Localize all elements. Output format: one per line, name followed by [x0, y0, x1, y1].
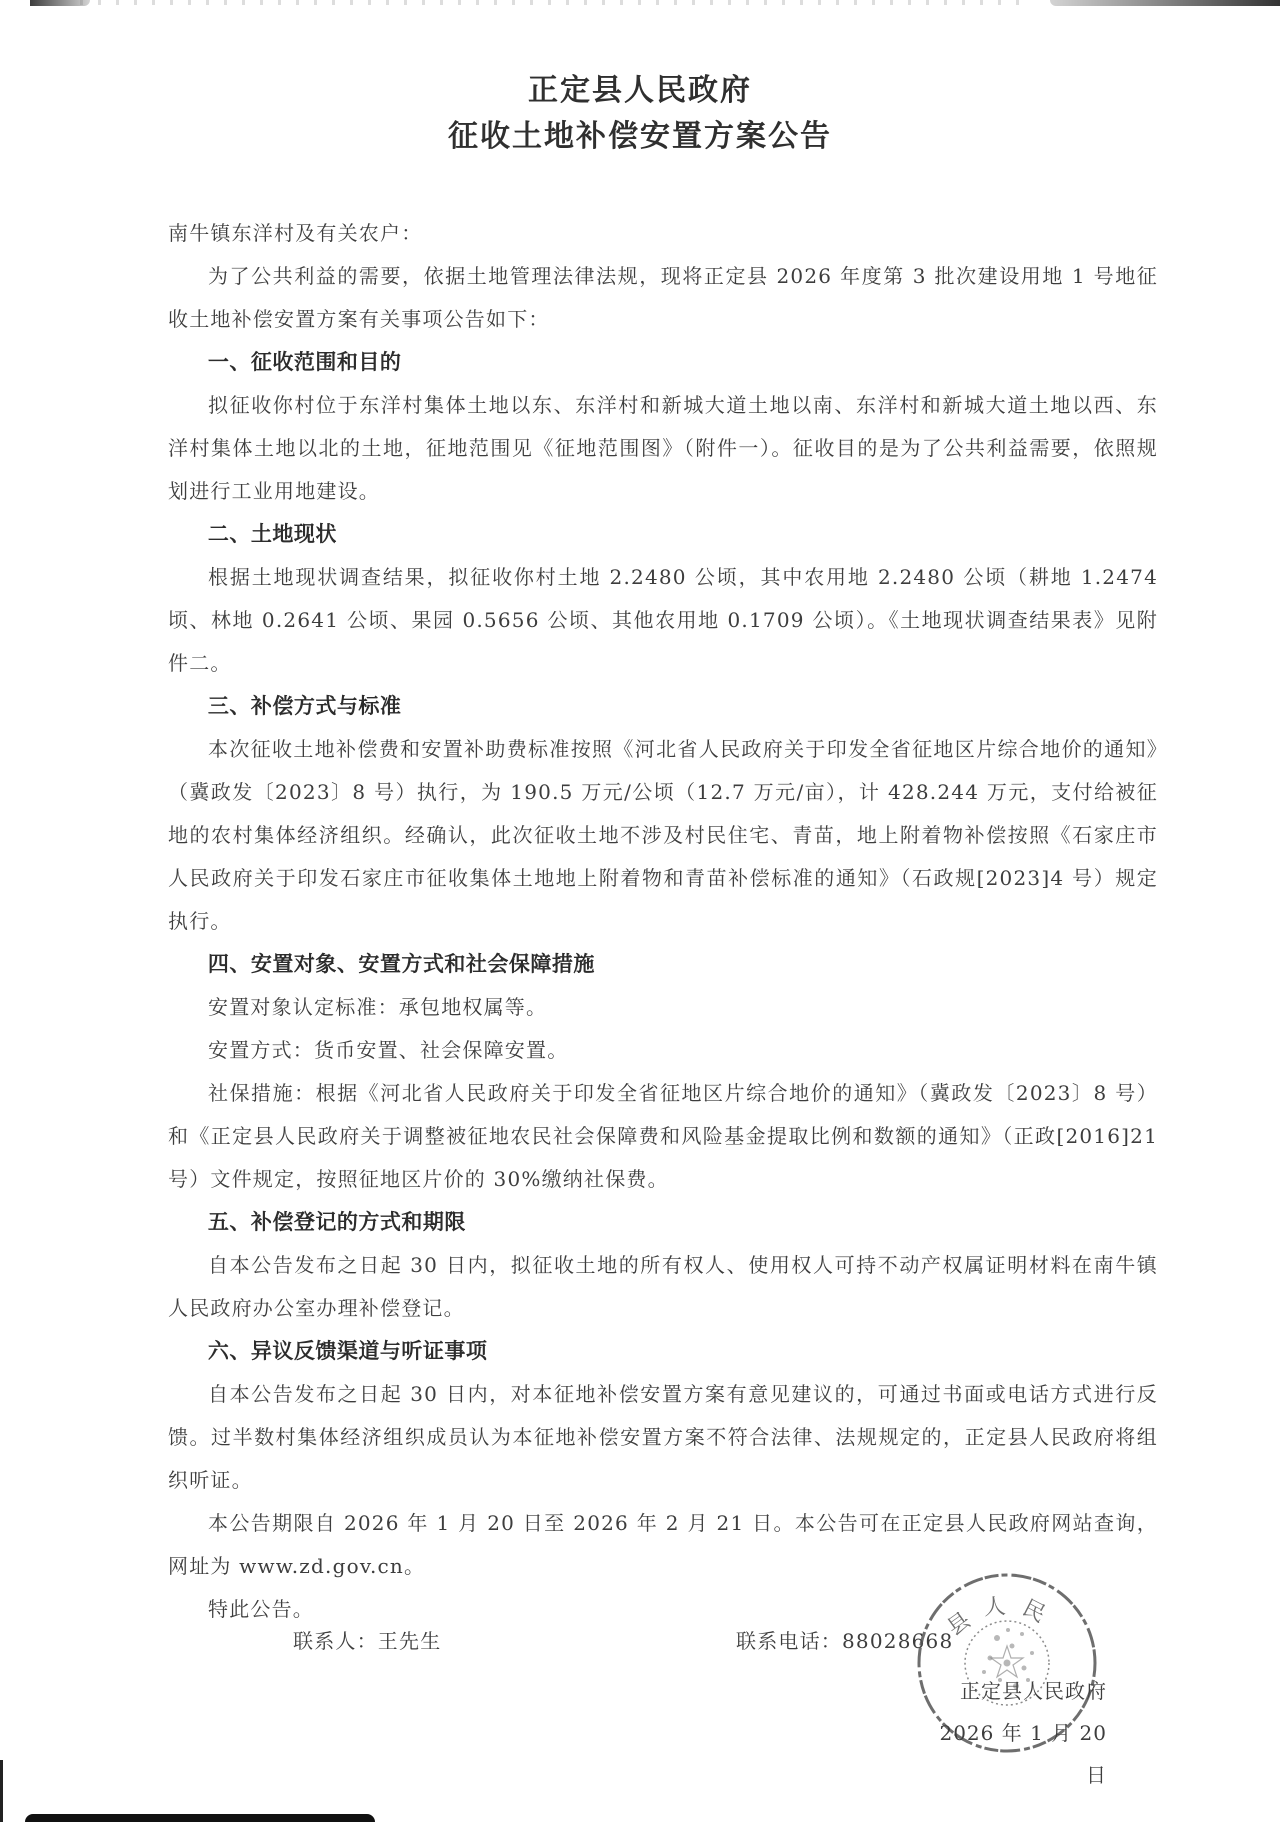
issuer-name: 正定县人民政府	[917, 1670, 1107, 1712]
scan-shadow-left	[30, 0, 90, 6]
title-subject: 征收土地补偿安置方案公告	[0, 114, 1280, 160]
intro-paragraph: 为了公共利益的需要，依据土地管理法律法规，现将正定县 2026 年度第 3 批次…	[168, 255, 1158, 341]
addressee: 南牛镇东洋村及有关农户：	[168, 212, 1158, 255]
section-5-paragraph: 自本公告发布之日起 30 日内，拟征收土地的所有权人、使用权人可持不动产权属证明…	[168, 1244, 1158, 1330]
section-1-paragraph: 拟征收你村位于东洋村集体土地以东、东洋村和新城大道土地以南、东洋村和新城大道土地…	[168, 384, 1158, 513]
scan-edge-bottom	[25, 1814, 375, 1822]
section-3-paragraph: 本次征收土地补偿费和安置补助费标准按照《河北省人民政府关于印发全省征地区片综合地…	[168, 728, 1158, 943]
section-5-heading: 五、补偿登记的方式和期限	[168, 1201, 1158, 1244]
document-title: 正定县人民政府 征收土地补偿安置方案公告	[0, 68, 1280, 160]
section-4-paragraph-2: 安置方式：货币安置、社会保障安置。	[168, 1029, 1158, 1072]
scan-shadow-right	[1050, 0, 1280, 6]
scan-edge-top	[0, 0, 1280, 14]
section-3-heading: 三、补偿方式与标准	[168, 685, 1158, 728]
scan-edge-left	[0, 1760, 3, 1822]
section-6-heading: 六、异议反馈渠道与听证事项	[168, 1330, 1158, 1373]
section-4-heading: 四、安置对象、安置方式和社会保障措施	[168, 943, 1158, 986]
seal-ring-text: 县人民	[943, 1593, 1062, 1641]
section-1-heading: 一、征收范围和目的	[168, 341, 1158, 384]
scan-speckle	[80, 0, 1030, 5]
title-issuer: 正定县人民政府	[0, 68, 1280, 114]
document-body: 南牛镇东洋村及有关农户： 为了公共利益的需要，依据土地管理法律法规，现将正定县 …	[168, 212, 1158, 1631]
section-6-paragraph: 自本公告发布之日起 30 日内，对本征地补偿安置方案有意见建议的，可通过书面或电…	[168, 1373, 1158, 1502]
issue-date: 2026 年 1 月 20 日	[917, 1712, 1107, 1796]
section-4-paragraph-3: 社保措施：根据《河北省人民政府关于印发全省征地区片综合地价的通知》（冀政发〔20…	[168, 1072, 1158, 1201]
section-2-paragraph: 根据土地现状调查结果，拟征收你村土地 2.2480 公顷，其中农用地 2.248…	[168, 556, 1158, 685]
section-2-heading: 二、土地现状	[168, 513, 1158, 556]
contact-person: 联系人：王先生	[293, 1625, 441, 1654]
section-4-paragraph-1: 安置对象认定标准：承包地权属等。	[168, 986, 1158, 1029]
signature-block: 正定县人民政府 2026 年 1 月 20 日	[917, 1670, 1107, 1796]
